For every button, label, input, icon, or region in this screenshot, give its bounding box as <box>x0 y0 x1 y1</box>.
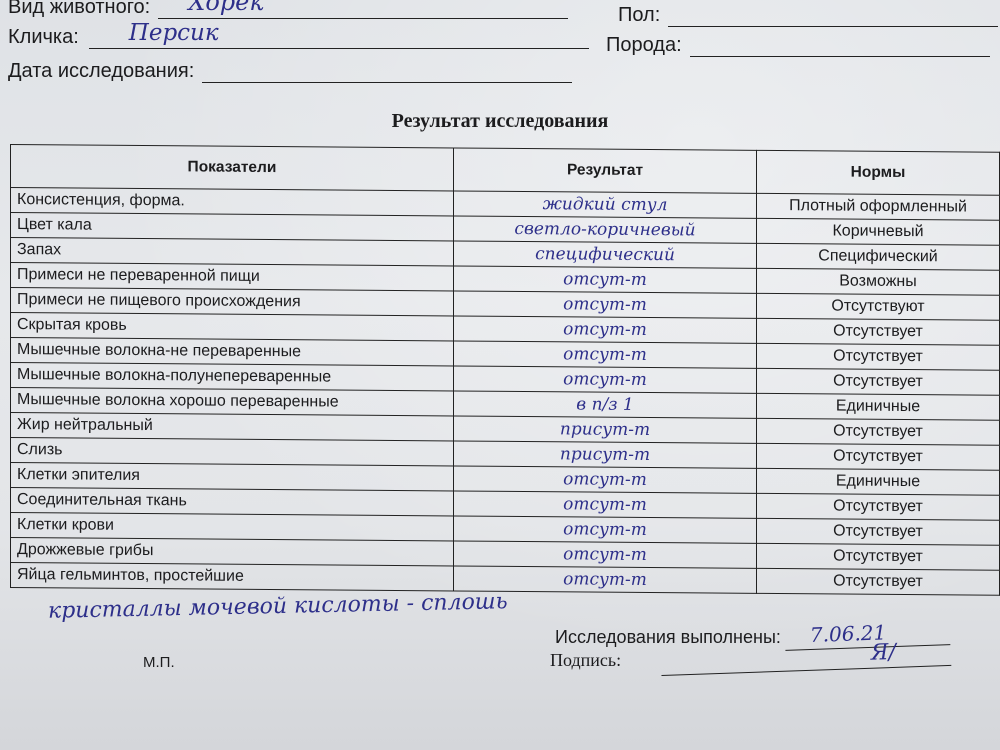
completed-label: Исследования выполнены: <box>555 627 781 648</box>
norm-cell: Отсутствует <box>757 443 1000 470</box>
column-header-indicator: Показатели <box>11 145 454 191</box>
handwritten-result: отсут-т <box>563 319 647 340</box>
result-cell: светло-коричневый <box>454 216 757 243</box>
table-body: Консистенция, форма.жидкий стулПлотный о… <box>11 188 1000 596</box>
indicator-cell: Клетки эпителия <box>11 463 454 491</box>
animal-type-label: Вид животного: <box>8 0 150 19</box>
norm-cell: Возможны <box>757 268 1000 295</box>
norm-cell: Отсутствует <box>757 518 1000 545</box>
norm-cell: Единичные <box>757 393 1000 420</box>
result-cell: отсут-т <box>454 366 757 393</box>
date-field: Дата исследования: <box>8 60 572 83</box>
handwritten-result: в п/з 1 <box>576 394 633 414</box>
sex-field: Пол: <box>618 4 998 27</box>
result-cell: присут-т <box>454 416 757 443</box>
page-title: Результат исследования <box>0 110 1000 133</box>
date-label: Дата исследования: <box>8 60 194 83</box>
breed-field: Порода: <box>606 34 990 57</box>
stamp-placeholder: М.П. <box>143 654 175 671</box>
indicator-cell: Жир нейтральный <box>11 413 454 441</box>
result-cell: отсут-т <box>454 341 757 368</box>
indicator-cell: Клетки крови <box>11 513 454 541</box>
norm-cell: Отсутствует <box>757 343 1000 370</box>
norm-cell: Отсутствуют <box>757 293 1000 320</box>
handwritten-result: отсут-т <box>563 494 647 515</box>
signature-label: Подпись: <box>550 650 621 671</box>
signature-mark: Я/ <box>870 640 896 666</box>
handwritten-result: жидкий стул <box>543 194 668 215</box>
handwritten-result: отсут-т <box>563 569 647 590</box>
norm-cell: Единичные <box>757 468 1000 495</box>
sex-label: Пол: <box>618 4 660 27</box>
indicator-cell: Мышечные волокна хорошо переваренные <box>11 388 454 416</box>
name-value: Персик <box>129 20 219 46</box>
norm-cell: Отсутствует <box>757 543 1000 570</box>
norm-cell: Отсутствует <box>757 493 1000 520</box>
handwritten-result: отсут-т <box>563 519 647 540</box>
result-cell: отсут-т <box>454 541 757 568</box>
norm-cell: Плотный оформленный <box>757 193 1000 220</box>
handwritten-result: отсут-т <box>563 544 647 565</box>
result-cell: жидкий стул <box>454 191 757 218</box>
indicator-cell: Мышечные волокна-не переваренные <box>11 338 454 366</box>
result-cell: в п/з 1 <box>454 391 757 418</box>
indicator-cell: Слизь <box>11 438 454 466</box>
indicator-cell: Примеси не пищевого происхождения <box>11 288 454 316</box>
handwritten-note: кристаллы мочевой кислоты - сплошь <box>48 589 508 624</box>
result-cell: отсут-т <box>454 291 757 318</box>
handwritten-result: присут-т <box>560 419 650 440</box>
table-header-row: Показатели Результат Нормы <box>11 145 1000 196</box>
handwritten-result: присут-т <box>560 444 650 465</box>
norm-cell: Отсутствует <box>757 568 1000 595</box>
column-header-norm: Нормы <box>757 150 1000 195</box>
result-cell: специфический <box>454 241 757 268</box>
indicator-cell: Яйца гельминтов, простейшие <box>11 563 454 591</box>
handwritten-result: специфический <box>535 244 675 265</box>
indicator-cell: Цвет кала <box>11 213 454 241</box>
result-cell: отсут-т <box>454 491 757 518</box>
column-header-result: Результат <box>454 148 757 193</box>
animal-type-field: Вид животного: Хорек <box>8 0 568 19</box>
norm-cell: Отсутствует <box>757 318 1000 345</box>
norm-cell: Отсутствует <box>757 368 1000 395</box>
indicator-cell: Скрытая кровь <box>11 313 454 341</box>
handwritten-result: отсут-т <box>563 344 647 365</box>
name-label: Кличка: <box>8 26 79 49</box>
indicator-cell: Соединительная ткань <box>11 488 454 516</box>
result-cell: отсут-т <box>454 316 757 343</box>
norm-cell: Коричневый <box>757 218 1000 245</box>
norm-cell: Отсутствует <box>757 418 1000 445</box>
handwritten-result: светло-коричневый <box>514 219 695 240</box>
indicator-cell: Запах <box>11 238 454 266</box>
handwritten-result: отсут-т <box>563 469 647 490</box>
result-cell: присут-т <box>454 441 757 468</box>
signature-field: Подпись: Я/ <box>550 648 951 671</box>
animal-type-value: Хорек <box>188 0 263 16</box>
handwritten-result: отсут-т <box>563 294 647 315</box>
name-field: Кличка: Персик <box>8 26 589 49</box>
indicator-cell: Дрожжевые грибы <box>11 538 454 566</box>
result-cell: отсут-т <box>454 466 757 493</box>
indicator-cell: Консистенция, форма. <box>11 188 454 216</box>
handwritten-result: отсут-т <box>563 369 647 390</box>
indicator-cell: Примеси не переваренной пищи <box>11 263 454 291</box>
norm-cell: Специфический <box>757 243 1000 270</box>
result-cell: отсут-т <box>454 516 757 543</box>
breed-label: Порода: <box>606 34 682 57</box>
handwritten-result: отсут-т <box>563 269 647 290</box>
result-cell: отсут-т <box>454 266 757 293</box>
indicator-cell: Мышечные волокна-полунепереваренные <box>11 363 454 391</box>
results-table: Показатели Результат Нормы Консистенция,… <box>10 144 1000 596</box>
